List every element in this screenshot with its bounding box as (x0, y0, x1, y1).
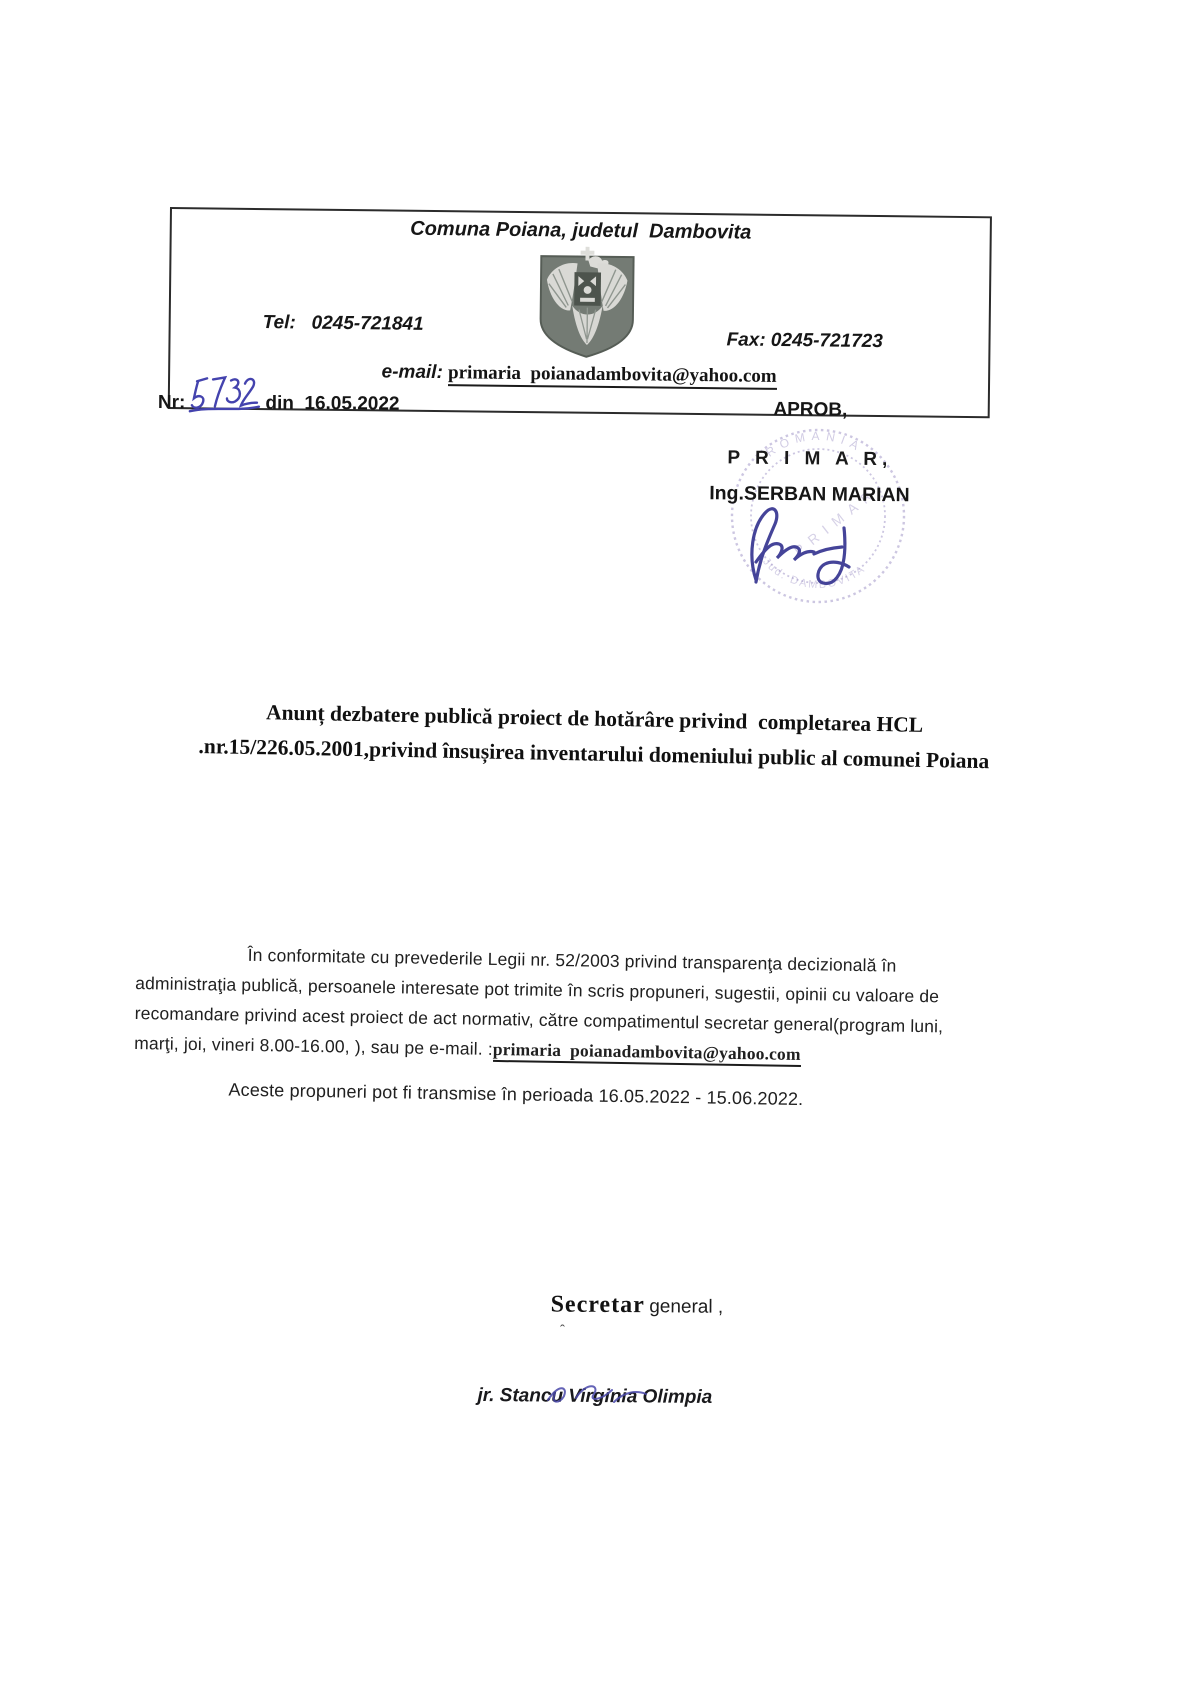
header-email-row: e-mail: primaria poianadambovita@yahoo.c… (170, 359, 988, 390)
scanned-document-page: Comuna Poiana, judetul Dambovita Tel: 02… (0, 0, 1190, 1684)
body-paragraph: În conformitate cu prevederile Legii nr.… (133, 938, 1002, 1117)
secretar-word: Secretar (551, 1292, 645, 1319)
mayor-signature (738, 492, 888, 602)
registration-date: din 16.05.2022 (265, 393, 399, 415)
phone-number: Tel: 0245-721841 (263, 312, 424, 336)
handwritten-number-scribble (187, 369, 263, 420)
body-line-4-text: marţi, joi, vineri 8.00-16.00, ), sau pe… (134, 1033, 493, 1059)
aprob-label: APROB, (688, 398, 933, 423)
submission-period-line: Aceste propuneri pot fi transmise în per… (133, 1073, 999, 1117)
nr-label: Nr: (158, 392, 186, 413)
letterhead-box: Comuna Poiana, judetul Dambovita Tel: 02… (168, 207, 992, 418)
document-title: Anunț dezbatere publică proiect de hotăr… (94, 692, 1095, 781)
secretary-signoff-line: Secretar general , (0, 1288, 1190, 1324)
body-email-address: primaria poianadambovita@yahoo.com (493, 1039, 801, 1067)
email-label: e-mail: (381, 361, 448, 383)
pen-artifact-mark: ˆ (560, 1322, 565, 1339)
coat-of-arms-icon (532, 243, 641, 364)
primar-title: P R I M A R, (687, 447, 932, 472)
secretary-signature-scribble (540, 1376, 660, 1410)
commune-title: Comuna Poiana, judetul Dambovita (172, 215, 990, 247)
registration-line: Nr: din 16.05.2022 (158, 392, 400, 416)
general-word: general , (649, 1296, 723, 1318)
header-email-address: primaria poianadambovita@yahoo.com (448, 362, 777, 390)
fax-number: Fax: 0245-721723 (726, 329, 883, 353)
